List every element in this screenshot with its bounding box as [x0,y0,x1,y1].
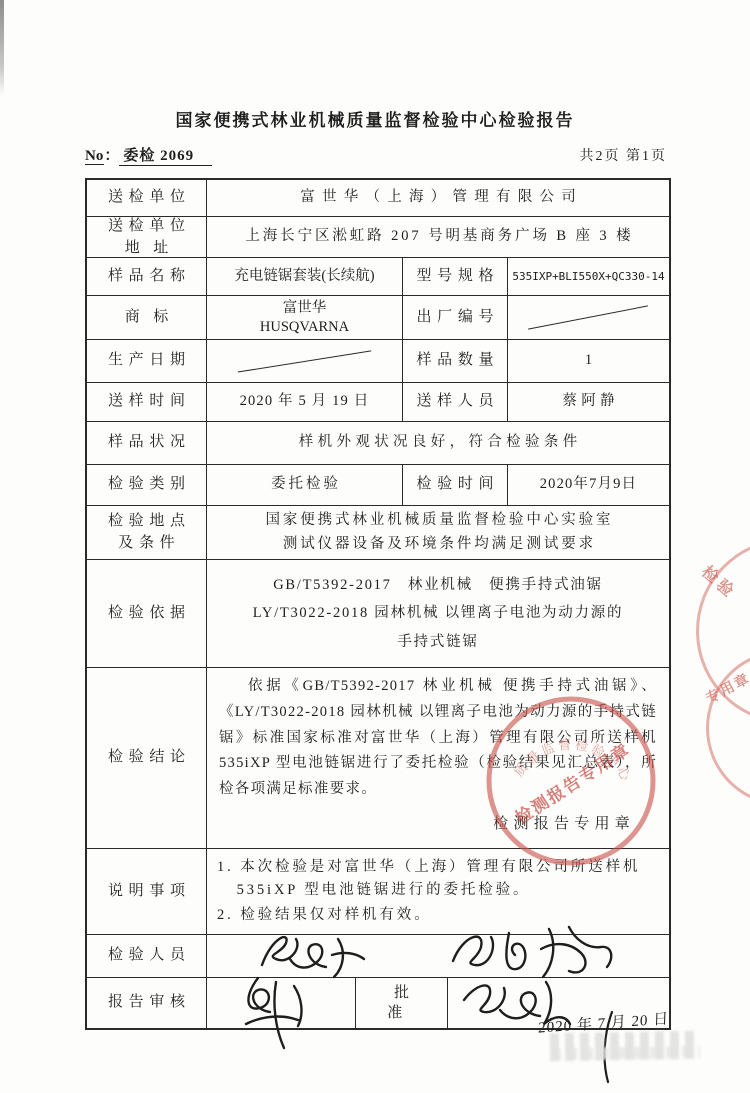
location-label-line1: 检验地点 [102,511,191,533]
report-title: 国家便携式林业机械质量监督检验中心检验报告 [0,106,750,131]
factory-no-label: 出厂编号 [402,296,507,339]
brand-label: 商标 [87,296,206,339]
table-row-basis: 检验依据 GB/T5392-2017 林业机械 便携手持式油锯 LY/T3022… [87,559,669,667]
sample-name-value: 充电链锯套装(长续航) [206,258,402,295]
table-row-delivery: 送样时间 2020 年 5 月 19 日 送样人员 蔡阿静 [87,382,669,421]
note-item-2: 2. 检验结果仅对样机有效。 [217,904,432,927]
table-row-sample: 样品名称 充电链锯套装(长续航) 型号规格 535IXP+BLI550X+QC3… [87,257,669,295]
edge-seal-fragment-1: 检验 [697,560,742,604]
model-spec-value: 535IXP+BLI550X+QC330-14 [507,258,669,295]
table-row-unit: 送检单位 富世华（上海）管理有限公司 [87,180,669,216]
table-row-review: 报告审核 批 准 2020 年 7 月 20 [87,977,669,1028]
approve-label: 批 准 [355,978,447,1028]
page-count: 共2页 第1页 [580,145,668,165]
table-row-inspectors: 检验人员 [87,934,669,977]
delivery-time-label: 送样时间 [87,383,206,421]
report-number-colon: ： [104,148,119,164]
brand-value-en: HUSQVARNA [260,318,349,337]
report-number-prefix: No [85,148,104,165]
inspectors-label: 检验人员 [87,935,206,977]
table-row-conclusion: 检验结论 依据《GB/T5392-2017 林业机械 便携手持式油锯》、《LY/… [87,667,669,848]
note-item-1: 1. 本次检验是对富世华（上海）管理有限公司所送样机 535iXP 型电池链锯进… [217,856,661,902]
page-bleed-through [550,1031,700,1062]
inspect-time-value: 2020年7月9日 [507,465,669,505]
blank-slash [238,350,371,372]
sample-name-label: 样品名称 [87,258,206,295]
basis-line3: 手持式链锯 [397,628,478,656]
table-row-prod-date: 生产日期 样品数量 1 [87,339,669,382]
prod-date-label: 生产日期 [87,340,206,382]
prod-date-value [206,340,402,382]
notes-label: 说明事项 [87,849,206,934]
sample-qty-label: 样品数量 [402,340,507,382]
scan-edge-shadow [0,0,4,96]
category-label: 检验类别 [87,465,206,505]
address-label-line2: 地址 [111,238,182,258]
table-row-category: 检验类别 委托检验 检验时间 2020年7月9日 [87,464,669,505]
category-value: 委托检验 [206,465,402,505]
table-row-brand: 商标 富世华 HUSQVARNA 出厂编号 [87,295,669,339]
basis-line1: GB/T5392-2017 林业机械 便携手持式油锯 [273,571,603,599]
table-row-condition: 样品状况 样机外观状况良好，符合检验条件 [87,421,669,464]
basis-line2: LY/T3022-2018 园林机械 以锂离子电池为动力源的 [253,599,624,627]
report-number: No：委检 2069 [85,144,212,165]
address-label: 送检单位 地址 [87,217,206,257]
delivery-person-label: 送样人员 [402,383,507,421]
reviewer-signature [224,968,339,1054]
unit-label: 送检单位 [87,180,206,216]
location-value-line1: 国家便携式林业机械质量监督检验中心实验室 [263,509,614,532]
report-table: 送检单位 富世华（上海）管理有限公司 送检单位 地址 上海长宁区淞虹路 207 … [85,178,671,1030]
delivery-person-value: 蔡阿静 [507,383,669,421]
sample-qty-value: 1 [507,340,669,382]
location-label: 检验地点 及条件 [87,506,206,559]
location-label-line2: 及条件 [113,533,181,555]
basis-label: 检验依据 [87,560,206,667]
brand-value-cn: 富世华 [283,299,327,318]
unit-value: 富世华（上海）管理有限公司 [206,180,669,216]
table-row-address: 送检单位 地址 上海长宁区淞虹路 207 号明基商务广场 B 座 3 楼 [87,216,669,257]
basis-value: GB/T5392-2017 林业机械 便携手持式油锯 LY/T3022-2018… [206,560,669,667]
conclusion-value: 依据《GB/T5392-2017 林业机械 便携手持式油锯》、《LY/T3022… [206,668,669,848]
conclusion-text: 依据《GB/T5392-2017 林业机械 便携手持式油锯》、《LY/T3022… [219,674,657,803]
address-label-line1: 送检单位 [102,216,191,238]
condition-value: 样机外观状况良好，符合检验条件 [206,422,669,464]
location-value: 国家便携式林业机械质量监督检验中心实验室 测试仪器设备及环境条件均满足测试要求 [206,506,669,559]
edge-seal-fragment-2: 专用章 [702,668,750,708]
red-seal-edge-1 [696,538,750,724]
inspect-time-label: 检验时间 [402,465,507,505]
conclusion-label: 检验结论 [87,668,206,848]
model-spec-label: 型号规格 [402,258,507,295]
address-value: 上海长宁区淞虹路 207 号明基商务广场 B 座 3 楼 [206,217,669,257]
condition-label: 样品状况 [87,422,206,464]
approve-cell: 2020 年 7 月 20 日 [447,978,669,1028]
seal-caption-printed: 检测报告专用章 [493,814,635,836]
report-page: 国家便携式林业机械质量监督检验中心检验报告 No：委检 2069 共2页 第1页… [0,0,750,1093]
delivery-time-value: 2020 年 5 月 19 日 [206,383,402,421]
location-value-line2: 测试仪器设备及环境条件均满足测试要求 [280,533,596,556]
review-label: 报告审核 [87,978,206,1028]
brand-value: 富世华 HUSQVARNA [206,296,402,339]
report-number-line: No：委检 2069 共2页 第1页 [85,144,667,165]
factory-no-value [507,296,669,339]
review-signature-cell [206,978,355,1028]
report-number-value: 委检 2069 [119,148,212,166]
red-seal-edge-2 [706,650,750,806]
blank-slash [528,305,648,329]
table-row-location: 检验地点 及条件 国家便携式林业机械质量监督检验中心实验室 测试仪器设备及环境条… [87,505,669,559]
